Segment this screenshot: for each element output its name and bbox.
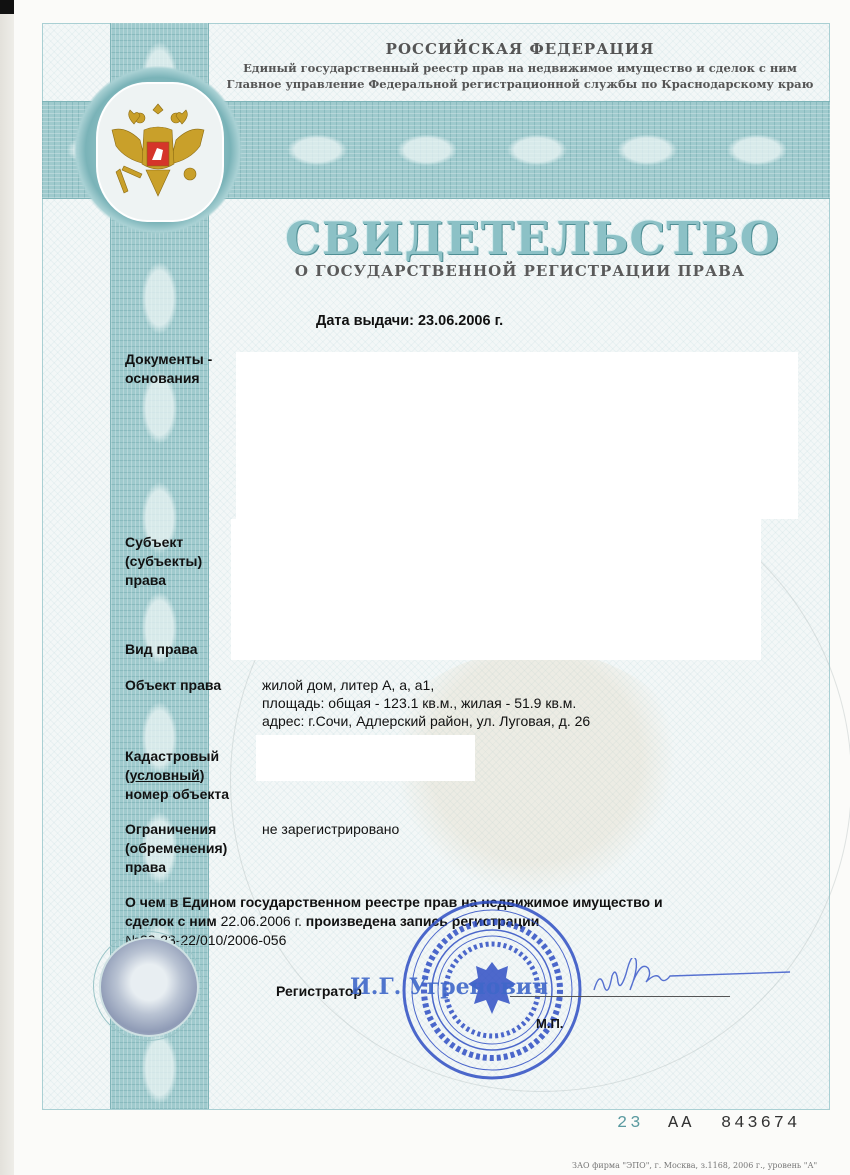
scan-corner (0, 0, 14, 14)
certificate-title: СВИДЕТЕЛЬСТВО (285, 212, 755, 265)
cadastral-label-underlined: условный (130, 767, 200, 783)
subject-label-line: Субъект (125, 533, 202, 552)
registry-name: Единый государственный реестр прав на не… (220, 61, 820, 75)
object-value: жилой дом, литер А, а, а1, площадь: обща… (262, 676, 590, 730)
cadastral-label: Кадастровый (условный) номер объекта (125, 747, 229, 804)
statement-text: сделок с ним (125, 913, 217, 929)
subject-redaction (231, 519, 761, 660)
certificate-subtitle: О ГОСУДАРСТВЕННОЙ РЕГИСТРАЦИИ ПРАВА (280, 262, 760, 280)
object-line: площадь: общая - 123.1 кв.м., жилая - 51… (262, 694, 590, 712)
signature-icon (590, 958, 820, 1008)
serial-series: АА (668, 1114, 694, 1133)
object-label: Объект права (125, 676, 221, 695)
right-type-label: Вид права (125, 640, 198, 659)
serial-region: 23 (617, 1114, 643, 1133)
subject-label-line: (субъекты) (125, 552, 202, 571)
cadastral-label-line: номер объекта (125, 785, 229, 804)
subject-label: Субъект (субъекты) права (125, 533, 202, 590)
printer-imprint: ЗАО фирма "ЭПО", г. Москва, з.1168, 2006… (572, 1161, 817, 1170)
restrictions-value: не зарегистрировано (262, 820, 399, 838)
documents-redaction (236, 352, 798, 519)
coat-of-arms-icon (104, 100, 212, 204)
restrictions-label-line: права (125, 858, 227, 877)
restrictions-label-line: (обременения) (125, 839, 227, 858)
documents-label: Документы - основания (125, 350, 212, 388)
restrictions-label-line: Ограничения (125, 820, 227, 839)
documents-label-line: основания (125, 369, 212, 388)
hologram-sticker (99, 937, 199, 1037)
restrictions-label: Ограничения (обременения) права (125, 820, 227, 877)
object-line: адрес: г.Сочи, Адлерский район, ул. Луго… (262, 712, 590, 730)
object-line: жилой дом, литер А, а, а1, (262, 676, 590, 694)
authority-name: Главное управление Федеральной регистрац… (220, 77, 820, 91)
serial-number: 843674 (721, 1114, 800, 1133)
documents-label-line: Документы - (125, 350, 212, 369)
seal-label: М.П. (536, 1016, 563, 1031)
registration-date: 22.06.2006 г. (217, 913, 306, 929)
cadastral-redaction (256, 735, 475, 781)
issue-date: Дата выдачи: 23.06.2006 г. (316, 313, 503, 329)
subject-label-line: права (125, 571, 202, 590)
scan-edge (0, 0, 14, 1175)
country-name: РОССИЙСКАЯ ФЕДЕРАЦИЯ (240, 40, 800, 58)
cadastral-label-line: Кадастровый (125, 747, 229, 766)
cadastral-label-line: (условный) (125, 766, 229, 785)
